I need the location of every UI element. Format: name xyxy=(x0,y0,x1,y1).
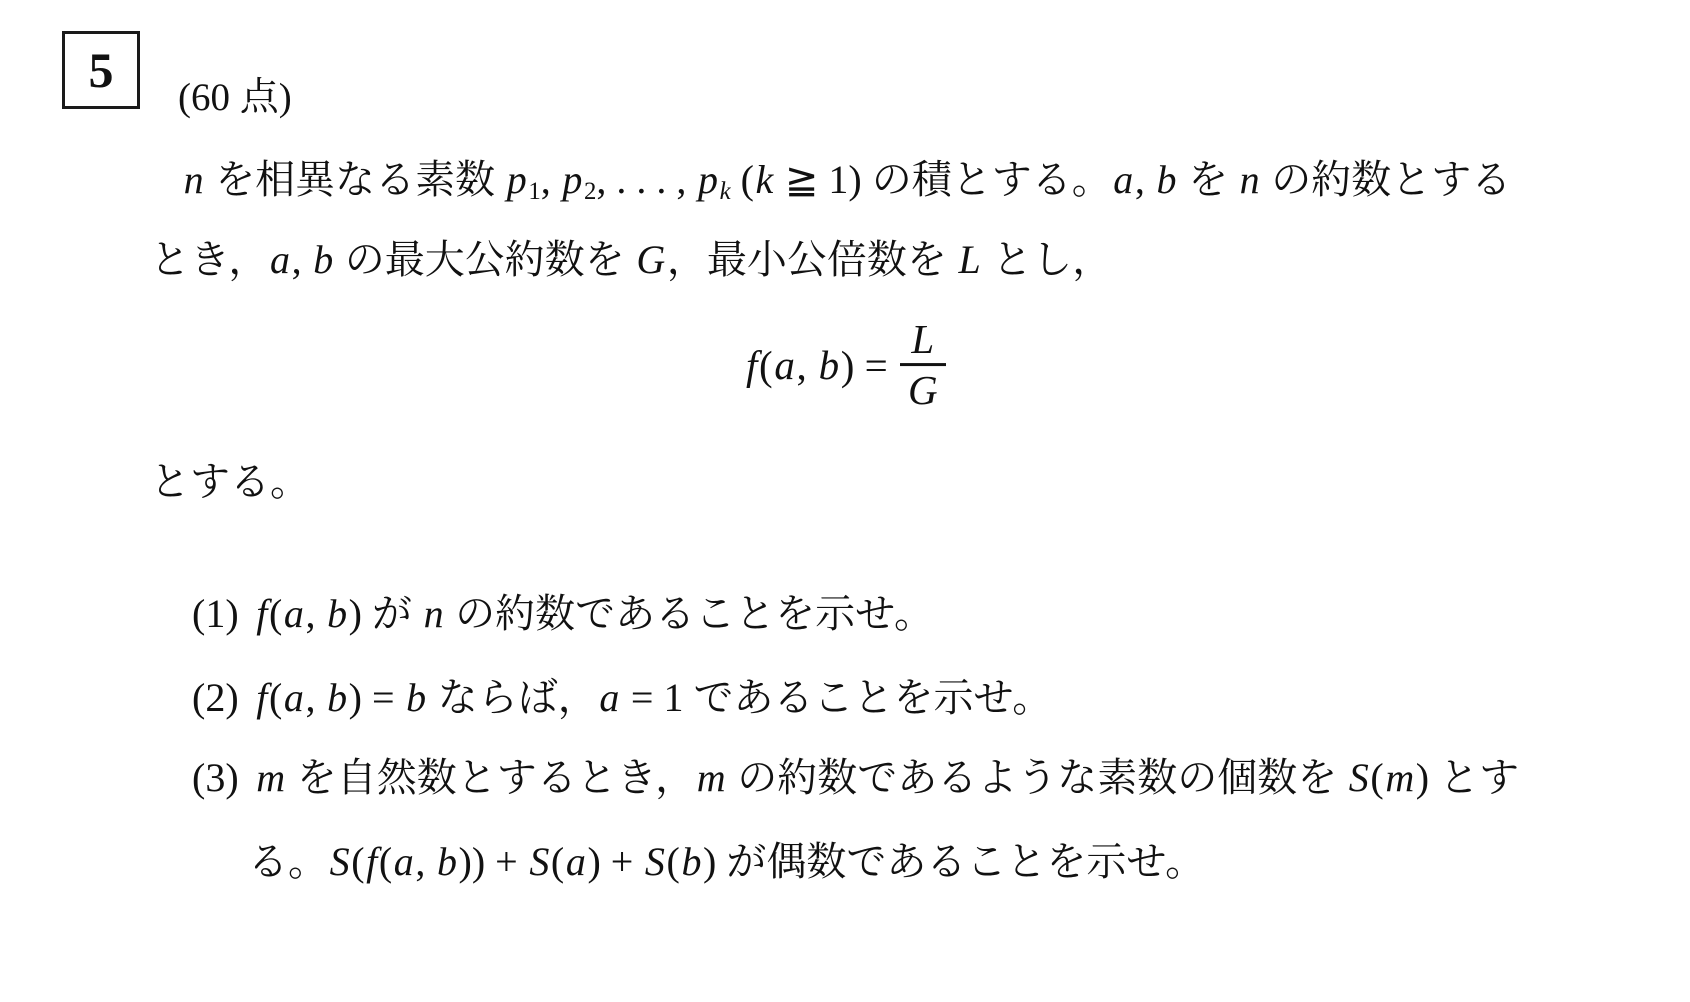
item-1-text: f(a, b) が n の約数であることを示せ。 xyxy=(255,591,934,636)
item-1-label: (1) xyxy=(192,591,239,636)
displayed-equation: f(a, b) = LG xyxy=(0,320,1690,420)
exam-page: 5 (60 点) n を相異なる素数 p1, p2, . . . , pk (k… xyxy=(0,0,1690,1002)
equation-fraction: LG xyxy=(900,315,946,415)
statement-line-2: とき，a, b の最大公約数を G，最小公倍数を L とし， xyxy=(150,228,1112,285)
problem-number-box: 5 xyxy=(62,31,140,109)
item-3-text-line-1: m を自然数とするとき，m の約数であるような素数の個数を S(m) とす xyxy=(255,755,1519,800)
item-3-text-line-2: る。S(f(a, b)) + S(a) + S(b) が偶数であることを示せ。 xyxy=(248,830,1205,887)
problem-points: (60 点) xyxy=(178,66,292,122)
item-2-label: (2) xyxy=(192,675,239,720)
item-3-label: (3) xyxy=(192,755,239,800)
statement-line-1: n を相異なる素数 p1, p2, . . . , pk (k ≧ 1) の積と… xyxy=(182,148,1511,206)
problem-number: 5 xyxy=(89,45,114,95)
question-item-3: (3)m を自然数とするとき，m の約数であるような素数の個数を S(m) とす xyxy=(192,746,1519,803)
equation-lhs: f(a, b) = xyxy=(744,342,898,388)
statement-closing: とする。 xyxy=(150,450,310,507)
fraction-numerator: L xyxy=(903,315,942,363)
item-2-text: f(a, b) = b ならば，a = 1 であることを示せ。 xyxy=(255,675,1053,720)
question-item-1: (1)f(a, b) が n の約数であることを示せ。 xyxy=(192,582,934,639)
question-item-2: (2)f(a, b) = b ならば，a = 1 であることを示せ。 xyxy=(192,666,1052,723)
fraction-denominator: G xyxy=(900,363,946,414)
